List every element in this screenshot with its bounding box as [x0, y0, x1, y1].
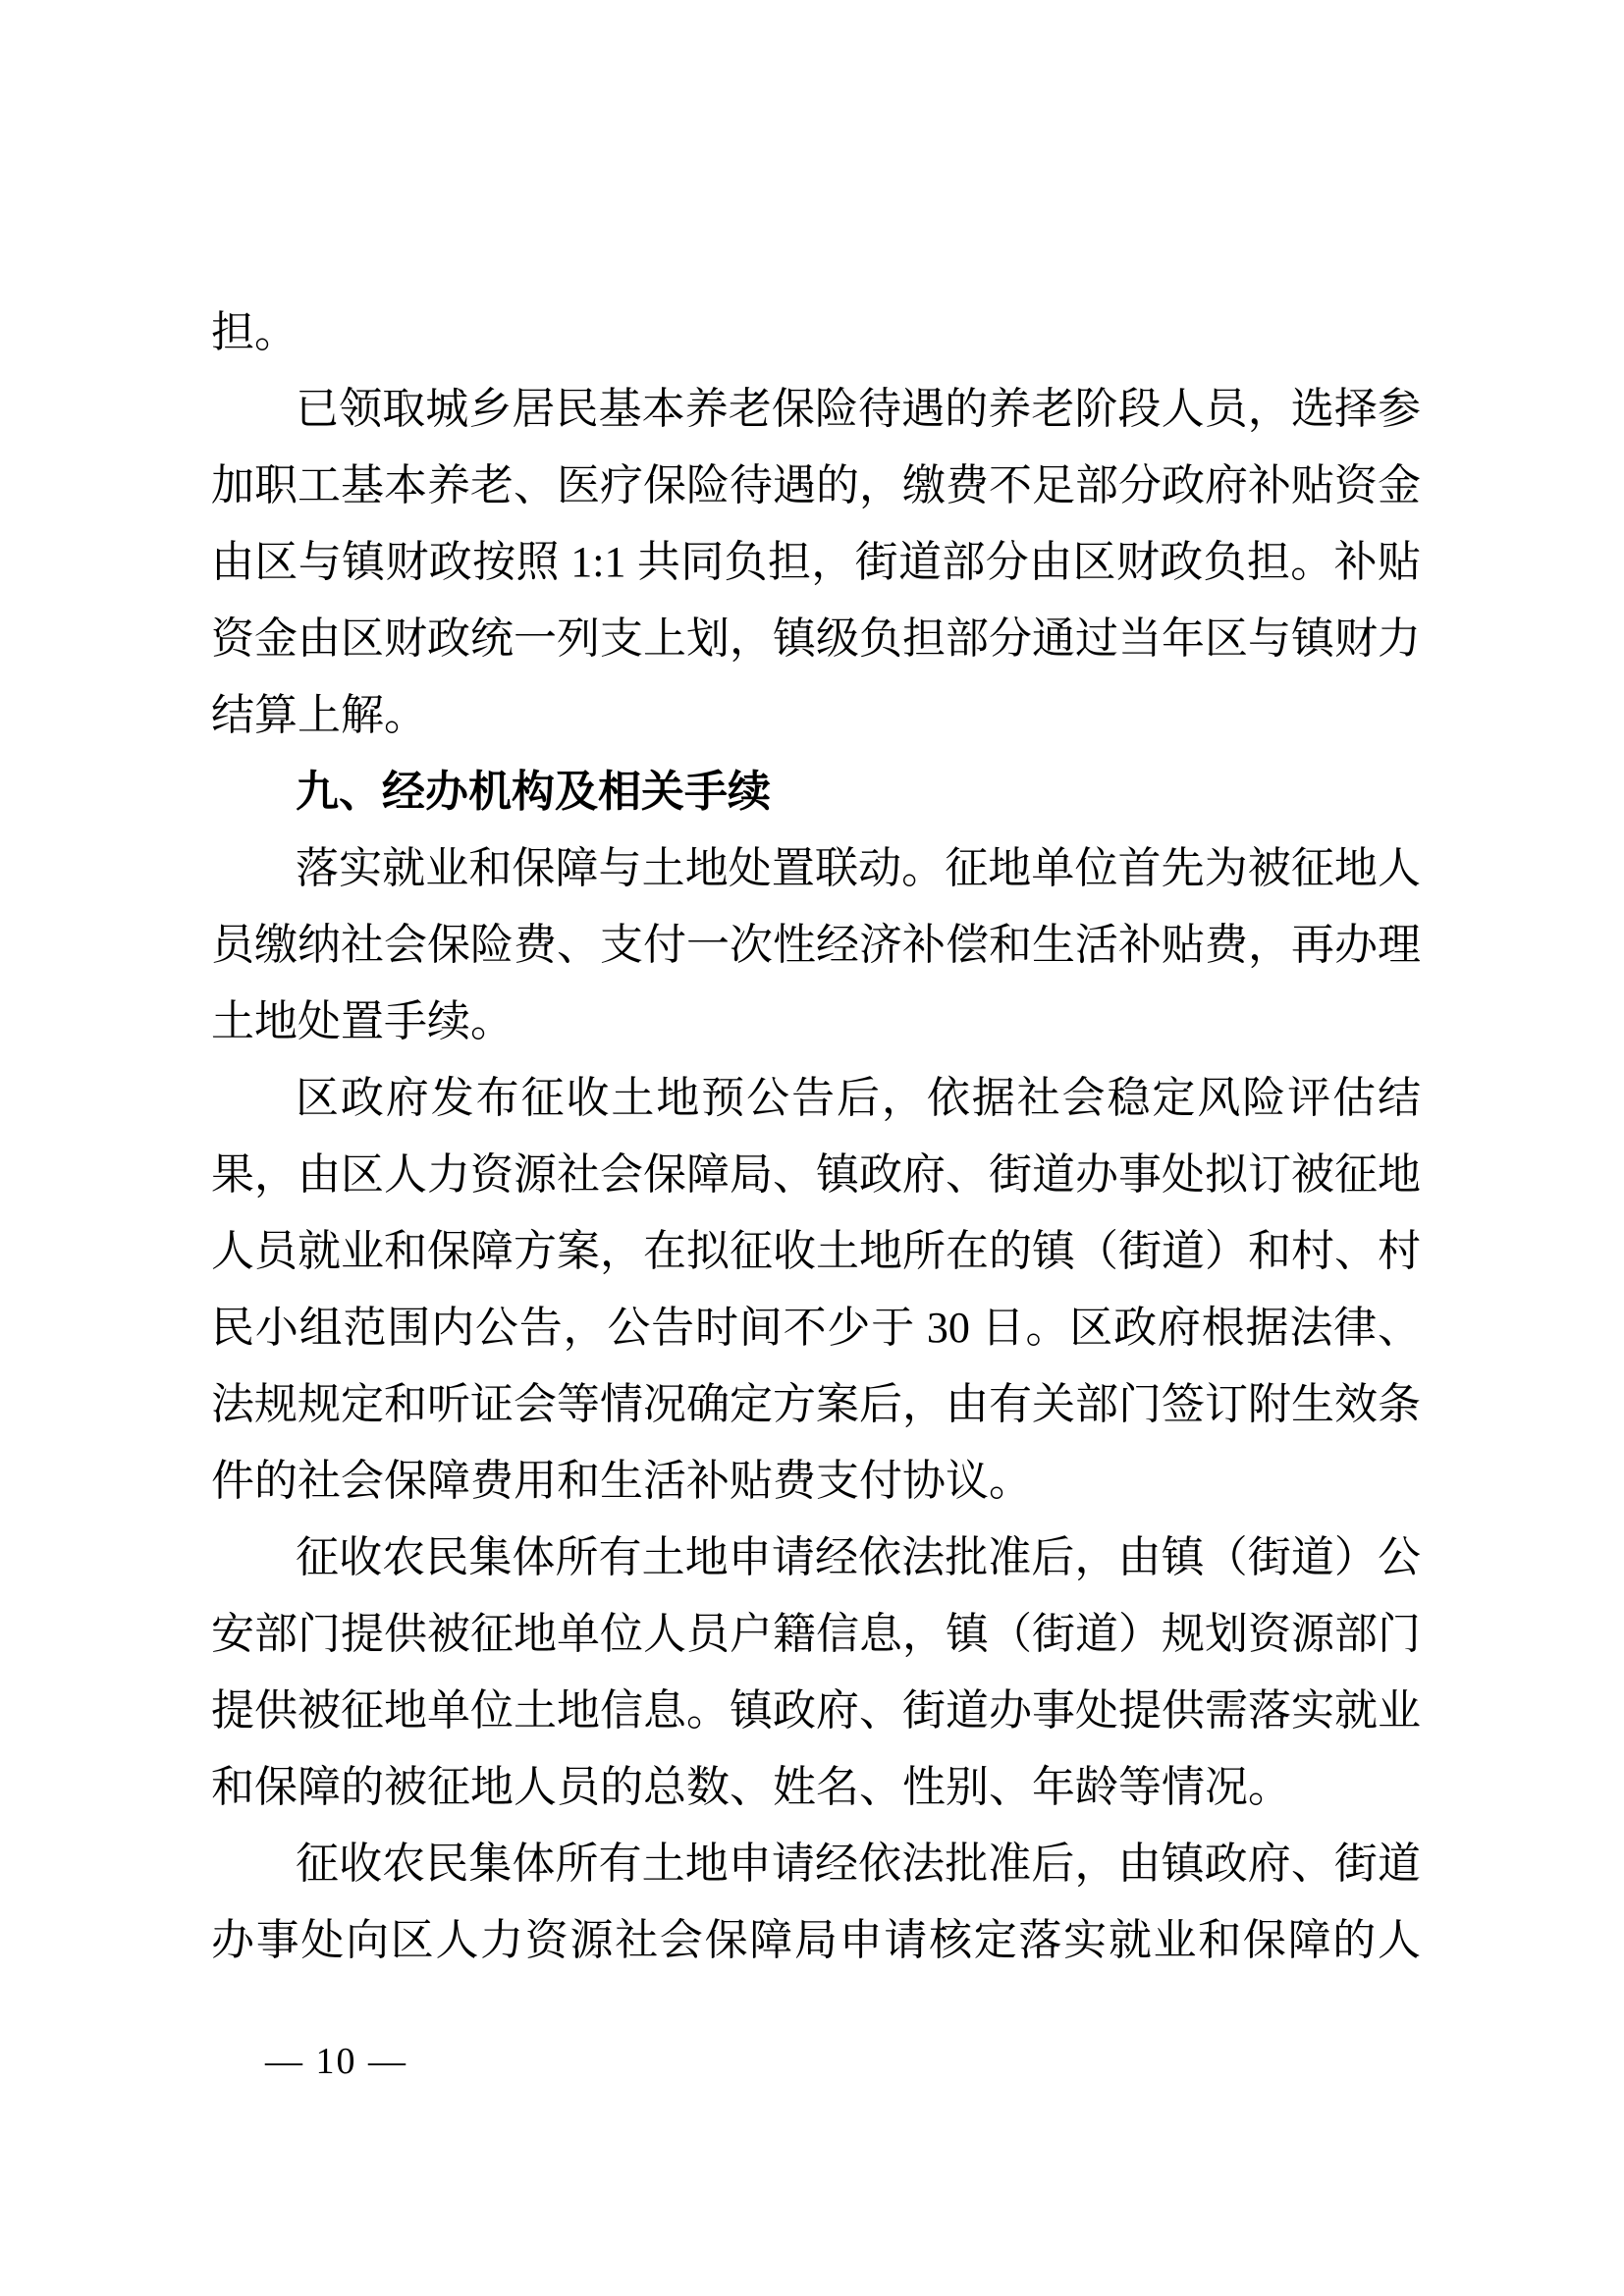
body-line: 资金由区财政统一列支上划，镇级负担部分通过当年区与镇财力: [211, 601, 1421, 677]
body-line: 法规规定和听证会等情况确定方案后，由有关部门签订附生效条: [211, 1366, 1421, 1443]
page-number: — 10 —: [265, 2034, 407, 2089]
body-line: 件的社会保障费用和生活补贴费支付协议。: [211, 1443, 1421, 1520]
body-line: 提供被征地单位土地信息。镇政府、街道办事处提供需落实就业: [211, 1673, 1421, 1749]
body-line: 安部门提供被征地单位人员户籍信息，镇（街道）规划资源部门: [211, 1596, 1421, 1673]
section-heading: 九、经办机构及相关手续: [211, 754, 1421, 830]
body-line: 土地处置手续。: [211, 984, 1421, 1060]
body-line: 民小组范围内公告，公告时间不少于 30 日。区政府根据法律、: [211, 1290, 1421, 1366]
body-line: 果，由区人力资源社会保障局、镇政府、街道办事处拟订被征地: [211, 1137, 1421, 1213]
body-line: 人员就业和保障方案，在拟征收土地所在的镇（街道）和村、村: [211, 1213, 1421, 1290]
body-line: 由区与镇财政按照 1:1 共同负担，街道部分由区财政负担。补贴: [211, 524, 1421, 601]
body-line: 已领取城乡居民基本养老保险待遇的养老阶段人员，选择参: [211, 371, 1421, 448]
document-body: 担。 已领取城乡居民基本养老保险待遇的养老阶段人员，选择参 加职工基本养老、医疗…: [211, 294, 1421, 1979]
body-line: 加职工基本养老、医疗保险待遇的，缴费不足部分政府补贴资金: [211, 448, 1421, 524]
body-line: 落实就业和保障与土地处置联动。征地单位首先为被征地人: [211, 830, 1421, 907]
body-line: 担。: [211, 294, 1421, 371]
body-line: 区政府发布征收土地预公告后，依据社会稳定风险评估结: [211, 1060, 1421, 1137]
body-line: 和保障的被征地人员的总数、姓名、性别、年龄等情况。: [211, 1749, 1421, 1826]
body-line: 结算上解。: [211, 677, 1421, 754]
body-line: 征收农民集体所有土地申请经依法批准后，由镇（街道）公: [211, 1520, 1421, 1596]
body-line: 办事处向区人力资源社会保障局申请核定落实就业和保障的人: [211, 1902, 1421, 1979]
body-line: 征收农民集体所有土地申请经依法批准后，由镇政府、街道: [211, 1826, 1421, 1902]
body-line: 员缴纳社会保险费、支付一次性经济补偿和生活补贴费，再办理: [211, 907, 1421, 984]
document-page: 担。 已领取城乡居民基本养老保险待遇的养老阶段人员，选择参 加职工基本养老、医疗…: [0, 0, 1624, 2296]
